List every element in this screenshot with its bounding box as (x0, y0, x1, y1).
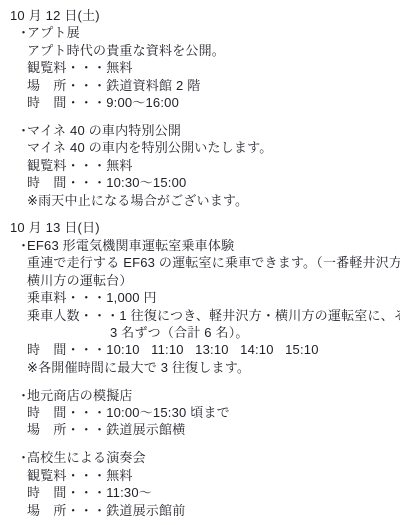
bullet-marker: ・ (17, 237, 27, 254)
event-description: 重連で走行する EF63 の運転室に乗車できます。（一番軽井沢方と一番 (27, 254, 394, 271)
time-line: 時 間・・・9:00～16:00 (27, 94, 394, 111)
event-description: アプト時代の貴重な資料を公開。 (27, 42, 394, 59)
time-line: 時 間・・・10:00～15:30 頃まで (27, 404, 394, 421)
capacity-line-cont: 3 名ずつ（合計 6 名）。 (110, 324, 394, 341)
event-title: ・ マイネ 40 の車内特別公開 (17, 122, 394, 139)
day-section-oct13: 10 月 13 日(日) ・ EF63 形電気機関車運転室乗車体験 重連で走行す… (10, 219, 394, 519)
event-apt-exhibition: ・ アプト展 アプト時代の貴重な資料を公開。 観覧料・・・無料 場 所・・・鉄道… (10, 24, 394, 111)
event-title: ・ アプト展 (17, 24, 394, 41)
bullet-marker: ・ (17, 122, 27, 139)
event-title: ・ 地元商店の模擬店 (17, 387, 394, 404)
event-local-shops: ・ 地元商店の模擬店 時 間・・・10:00～15:30 頃まで 場 所・・・鉄… (10, 387, 394, 439)
date-heading: 10 月 12 日(土) (10, 7, 394, 24)
time-line: 時 間・・・10:10 11:10 13:10 14:10 15:10 (27, 341, 394, 358)
bullet-marker: ・ (17, 24, 27, 41)
place-line: 場 所・・・鉄道展示館横 (27, 421, 394, 438)
ride-fee-line: 乗車料・・・1,000 円 (27, 289, 394, 306)
capacity-line: 乗車人数・・・1 往復につき、軽井沢方・横川方の運転室に、それぞれ (27, 307, 394, 324)
admission-fee-line: 観覧料・・・無料 (27, 467, 394, 484)
admission-fee-line: 観覧料・・・無料 (27, 59, 394, 76)
event-title-text: EF63 形電気機関車運転室乗車体験 (27, 237, 234, 254)
event-ef63-cab-ride: ・ EF63 形電気機関車運転室乗車体験 重連で走行する EF63 の運転室に乗… (10, 237, 394, 376)
event-description-cont: 横川方の運転台） (27, 272, 394, 289)
event-schedule-document: 10 月 12 日(土) ・ アプト展 アプト時代の貴重な資料を公開。 観覧料・… (0, 0, 400, 519)
admission-fee-line: 観覧料・・・無料 (27, 157, 394, 174)
place-line: 場 所・・・鉄道資料館 2 階 (27, 77, 394, 94)
time-line: 時 間・・・10:30～15:00 (27, 174, 394, 191)
place-line: 場 所・・・鉄道展示館前 (27, 502, 394, 519)
event-title-text: アプト展 (27, 24, 80, 41)
event-description: マイネ 40 の車内を特別公開いたします。 (27, 139, 394, 156)
bullet-marker: ・ (17, 387, 27, 404)
event-title-text: 地元商店の模擬店 (27, 387, 133, 404)
date-heading: 10 月 13 日(日) (10, 219, 394, 236)
time-line: 時 間・・・11:30～ (27, 484, 394, 501)
event-title: ・ 高校生による演奏会 (17, 449, 394, 466)
day-section-oct12: 10 月 12 日(土) ・ アプト展 アプト時代の貴重な資料を公開。 観覧料・… (10, 7, 394, 209)
event-maine40-open: ・ マイネ 40 の車内特別公開 マイネ 40 の車内を特別公開いたします。 観… (10, 122, 394, 209)
rain-cancel-note: ※雨天中止になる場合がございます。 (27, 192, 394, 209)
bullet-marker: ・ (17, 449, 27, 466)
event-highschool-concert: ・ 高校生による演奏会 観覧料・・・無料 時 間・・・11:30～ 場 所・・・… (10, 449, 394, 519)
round-trip-note: ※各開催時間に最大で 3 往復します。 (27, 359, 394, 376)
event-title-text: マイネ 40 の車内特別公開 (27, 122, 181, 139)
event-title-text: 高校生による演奏会 (27, 449, 146, 466)
event-title: ・ EF63 形電気機関車運転室乗車体験 (17, 237, 394, 254)
